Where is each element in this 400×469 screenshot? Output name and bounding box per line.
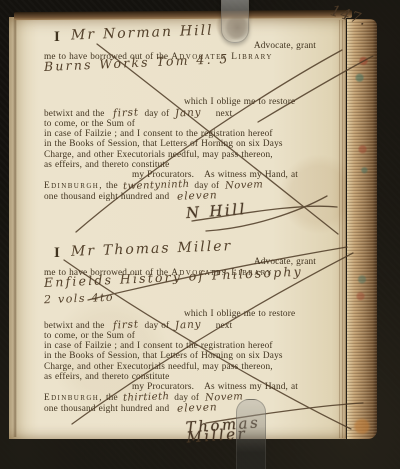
next-text: next: [216, 109, 233, 119]
charge-line: Charge, and other Executorials needful, …: [44, 150, 316, 160]
due-day: first: [112, 319, 138, 331]
book-volume: 2 vols 4to: [44, 293, 114, 306]
betwixt-line: betwixt and thefirstday ofJanynext: [44, 108, 316, 119]
year-line: one thousand eight hundred andeleven: [44, 403, 316, 414]
failzie-line: in case of Failzie ; and I consent to th…: [44, 129, 316, 139]
failzie-line: in case of Failzie ; and I consent to th…: [44, 341, 316, 351]
signed-day: thirtieth: [123, 392, 170, 404]
session-line: in the Books of Session, that Letters of…: [44, 139, 316, 149]
effeirs-line: as effeirs, and thereto constitute: [44, 160, 316, 170]
book-title: Burns Works Tom 4. 5: [44, 54, 230, 72]
year-line: one thousand eight hundred andeleven: [44, 191, 316, 202]
signed-month: Novem: [225, 180, 264, 192]
charge-line: Charge, and other Executorials needful, …: [44, 362, 316, 372]
advocate-grant-label: Advocate, grant: [254, 41, 316, 51]
edinburgh-text: Edinburgh,: [44, 393, 103, 403]
entry-head: I Mr Norman Hill Advocate, grant: [44, 31, 316, 52]
edinburgh-line: Edinburgh, thethirtiethday ofNovem: [44, 393, 316, 403]
oblige-line: which I oblige me to restore: [184, 309, 316, 319]
photographed-register-book: 147. I Mr Norman Hill Advocate, grant me…: [0, 0, 400, 469]
sum-line: to come, or the Sum of: [44, 119, 316, 129]
due-month: Jany: [175, 319, 202, 331]
day-of-text: day of: [144, 109, 169, 119]
borrow-entry-2: I Mr Thomas Miller Advocate, grant me to…: [44, 247, 316, 444]
session-line: in the Books of Session, that Letters of…: [44, 351, 316, 361]
effeirs-line: as effeirs, and thereto constitute: [44, 372, 316, 382]
page-gutter-crease: [13, 19, 17, 437]
due-month: Jany: [175, 107, 202, 119]
the-text: the: [106, 393, 118, 403]
borrower-name: Mr Thomas Miller: [71, 241, 233, 257]
printed-initial: I: [54, 32, 60, 42]
book-fore-edge: [347, 19, 377, 439]
betwixt-text: betwixt and the: [44, 321, 105, 331]
oblige-line: which I oblige me to restore: [184, 97, 316, 107]
edinburgh-line: Edinburgh, thetwentyninthday ofNovem: [44, 181, 316, 191]
sum-line: to come, or the Sum of: [44, 331, 316, 341]
next-text: next: [216, 321, 233, 331]
the-text: the: [106, 181, 118, 191]
due-day: first: [112, 107, 138, 119]
day-of-text: day of: [144, 321, 169, 331]
witness-text: As witness my Hand, at: [204, 382, 298, 392]
page-clip-bottom: [236, 399, 266, 469]
edinburgh-text: Edinburgh,: [44, 181, 103, 191]
betwixt-text: betwixt and the: [44, 109, 105, 119]
year-text: one thousand eight hundred and: [44, 192, 169, 202]
page-clip-top: [221, 0, 249, 43]
signature-block: N Hill: [186, 206, 316, 232]
signed-year: eleven: [177, 190, 218, 202]
borrow-entry-1: I Mr Norman Hill Advocate, grant me to h…: [44, 31, 316, 232]
signed-year: eleven: [177, 402, 218, 414]
betwixt-line: betwixt and thefirstday ofJanynext: [44, 320, 316, 331]
borrower-signature: N Hill: [186, 204, 247, 219]
blank-space: [44, 78, 316, 97]
borrower-name: Mr Norman Hill: [71, 26, 214, 41]
book-volume-line: 2 vols 4to: [44, 294, 316, 307]
book-title-line: Burns Works Tom 4. 5: [44, 62, 316, 78]
year-text: one thousand eight hundred and: [44, 404, 169, 414]
printed-initial: I: [54, 248, 60, 258]
